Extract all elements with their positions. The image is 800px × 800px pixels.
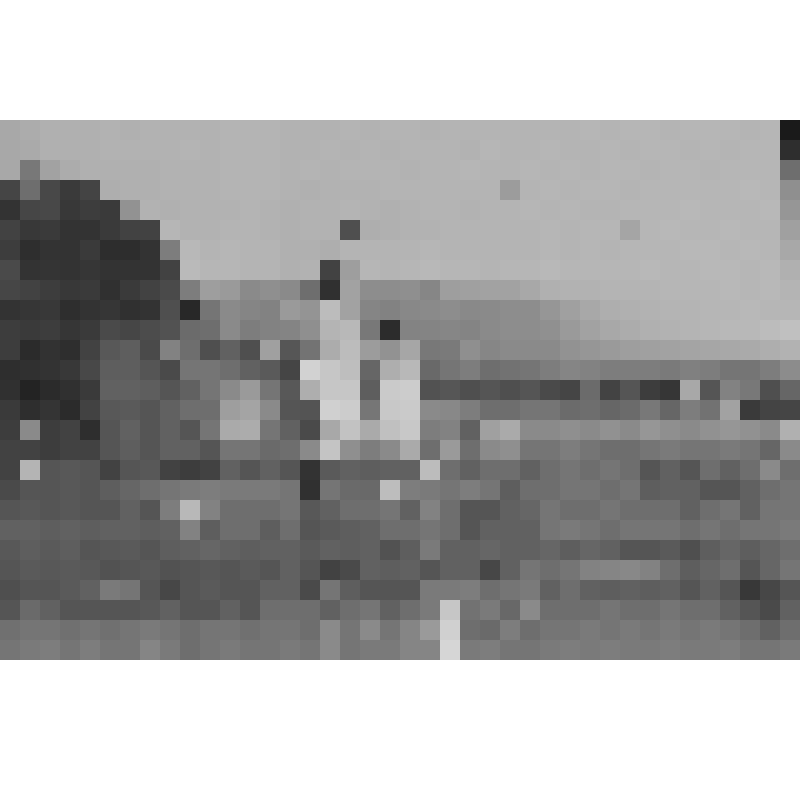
pixel-cell <box>780 300 800 320</box>
pixel-cell <box>440 260 460 280</box>
pixel-cell <box>200 240 220 260</box>
pixel-cell <box>300 280 320 300</box>
pixel-cell <box>620 420 640 440</box>
pixel-cell <box>460 180 480 200</box>
pixel-cell <box>540 360 560 380</box>
pixel-cell <box>540 520 560 540</box>
pixel-cell <box>620 400 640 420</box>
pixel-cell <box>100 220 120 240</box>
pixel-cell <box>480 280 500 300</box>
pixel-cell <box>620 620 640 640</box>
pixel-cell <box>500 360 520 380</box>
pixel-cell <box>520 220 540 240</box>
pixel-cell <box>120 580 140 600</box>
pixel-cell <box>320 360 340 380</box>
pixel-cell <box>560 140 580 160</box>
pixel-cell <box>720 240 740 260</box>
pixel-cell <box>380 540 400 560</box>
pixel-cell <box>240 600 260 620</box>
pixel-cell <box>440 500 460 520</box>
pixel-cell <box>720 420 740 440</box>
pixel-cell <box>520 340 540 360</box>
pixel-cell <box>660 140 680 160</box>
pixel-cell <box>120 280 140 300</box>
pixel-cell <box>240 640 260 660</box>
pixel-cell <box>120 120 140 140</box>
pixel-cell <box>500 180 520 200</box>
pixel-cell <box>100 500 120 520</box>
pixel-cell <box>240 540 260 560</box>
pixel-cell <box>500 340 520 360</box>
pixel-cell <box>20 260 40 280</box>
pixel-cell <box>80 520 100 540</box>
pixel-cell <box>580 540 600 560</box>
pixel-cell <box>480 240 500 260</box>
pixel-cell <box>720 640 740 660</box>
pixel-cell <box>540 180 560 200</box>
pixel-cell <box>540 420 560 440</box>
pixel-cell <box>260 220 280 240</box>
pixel-cell <box>380 240 400 260</box>
pixel-cell <box>320 620 340 640</box>
pixel-cell <box>380 460 400 480</box>
pixel-cell <box>600 480 620 500</box>
pixel-cell <box>540 500 560 520</box>
pixel-cell <box>520 160 540 180</box>
pixel-cell <box>100 280 120 300</box>
pixel-cell <box>420 560 440 580</box>
pixel-cell <box>60 360 80 380</box>
pixel-cell <box>160 400 180 420</box>
pixel-cell <box>560 260 580 280</box>
pixel-cell <box>320 540 340 560</box>
pixel-cell <box>600 160 620 180</box>
pixel-cell <box>260 420 280 440</box>
pixel-cell <box>320 400 340 420</box>
pixel-cell <box>180 440 200 460</box>
pixel-cell <box>440 340 460 360</box>
pixel-cell <box>60 160 80 180</box>
pixel-cell <box>700 520 720 540</box>
pixel-cell <box>680 440 700 460</box>
pixel-cell <box>740 340 760 360</box>
pixel-cell <box>780 480 800 500</box>
pixel-cell <box>360 620 380 640</box>
pixel-cell <box>200 620 220 640</box>
pixel-cell <box>520 540 540 560</box>
pixel-cell <box>40 200 60 220</box>
pixel-cell <box>0 560 20 580</box>
pixel-cell <box>700 220 720 240</box>
pixel-cell <box>580 160 600 180</box>
pixel-cell <box>60 540 80 560</box>
pixel-cell <box>400 180 420 200</box>
pixel-cell <box>320 320 340 340</box>
pixel-cell <box>640 380 660 400</box>
pixel-cell <box>700 240 720 260</box>
pixel-cell <box>100 380 120 400</box>
pixel-cell <box>400 460 420 480</box>
pixel-cell <box>740 420 760 440</box>
pixel-cell <box>700 620 720 640</box>
pixel-cell <box>340 440 360 460</box>
pixel-cell <box>560 320 580 340</box>
pixel-cell <box>480 580 500 600</box>
pixel-cell <box>480 320 500 340</box>
pixel-cell <box>20 520 40 540</box>
pixel-cell <box>560 360 580 380</box>
pixel-cell <box>540 540 560 560</box>
pixel-cell <box>680 500 700 520</box>
pixel-cell <box>40 480 60 500</box>
pixel-cell <box>760 380 780 400</box>
pixel-cell <box>120 460 140 480</box>
pixel-cell <box>200 320 220 340</box>
pixel-cell <box>280 360 300 380</box>
pixel-cell <box>340 500 360 520</box>
pixel-cell <box>360 520 380 540</box>
pixel-cell <box>340 260 360 280</box>
pixel-cell <box>0 620 20 640</box>
pixel-cell <box>40 260 60 280</box>
pixel-cell <box>220 160 240 180</box>
pixel-cell <box>60 320 80 340</box>
pixel-cell <box>560 280 580 300</box>
pixel-cell <box>280 380 300 400</box>
pixel-cell <box>0 380 20 400</box>
pixel-cell <box>80 480 100 500</box>
pixel-cell <box>40 600 60 620</box>
pixel-cell <box>520 120 540 140</box>
pixel-cell <box>300 400 320 420</box>
pixel-cell <box>240 480 260 500</box>
pixel-cell <box>540 140 560 160</box>
pixel-cell <box>160 320 180 340</box>
pixel-cell <box>180 380 200 400</box>
pixel-cell <box>480 220 500 240</box>
pixel-cell <box>0 440 20 460</box>
pixel-cell <box>680 140 700 160</box>
pixel-cell <box>160 280 180 300</box>
pixel-cell <box>660 600 680 620</box>
pixel-cell <box>740 260 760 280</box>
pixel-cell <box>160 620 180 640</box>
pixel-cell <box>620 460 640 480</box>
pixel-cell <box>780 540 800 560</box>
pixel-cell <box>260 360 280 380</box>
pixel-cell <box>40 420 60 440</box>
pixel-cell <box>740 580 760 600</box>
pixel-cell <box>400 380 420 400</box>
pixel-cell <box>680 460 700 480</box>
pixel-cell <box>340 420 360 440</box>
pixel-cell <box>260 440 280 460</box>
pixel-cell <box>580 260 600 280</box>
pixel-cell <box>420 340 440 360</box>
pixel-cell <box>660 240 680 260</box>
pixel-cell <box>700 260 720 280</box>
pixel-cell <box>700 140 720 160</box>
pixel-cell <box>440 200 460 220</box>
pixel-cell <box>60 300 80 320</box>
pixel-cell <box>660 620 680 640</box>
pixel-cell <box>620 520 640 540</box>
pixel-cell <box>440 140 460 160</box>
pixel-cell <box>280 520 300 540</box>
pixel-cell <box>720 440 740 460</box>
pixel-cell <box>200 580 220 600</box>
pixel-cell <box>20 200 40 220</box>
pixel-cell <box>360 220 380 240</box>
pixel-cell <box>780 240 800 260</box>
pixel-cell <box>760 480 780 500</box>
pixel-cell <box>220 380 240 400</box>
pixel-cell <box>300 520 320 540</box>
pixel-cell <box>760 360 780 380</box>
pixel-cell <box>20 340 40 360</box>
pixel-cell <box>280 400 300 420</box>
pixel-cell <box>140 420 160 440</box>
pixel-cell <box>580 420 600 440</box>
pixel-cell <box>40 280 60 300</box>
pixel-cell <box>680 260 700 280</box>
pixel-cell <box>20 360 40 380</box>
pixel-cell <box>440 560 460 580</box>
pixel-cell <box>540 560 560 580</box>
pixel-cell <box>220 260 240 280</box>
pixel-cell <box>600 240 620 260</box>
pixel-cell <box>260 480 280 500</box>
pixel-cell <box>360 540 380 560</box>
pixel-cell <box>40 340 60 360</box>
pixel-cell <box>420 300 440 320</box>
pixel-cell <box>700 400 720 420</box>
pixel-cell <box>500 420 520 440</box>
pixel-cell <box>280 260 300 280</box>
pixel-cell <box>440 120 460 140</box>
pixel-cell <box>100 600 120 620</box>
pixel-cell <box>320 300 340 320</box>
pixel-cell <box>580 380 600 400</box>
pixel-cell <box>120 180 140 200</box>
pixel-cell <box>280 180 300 200</box>
pixel-cell <box>120 620 140 640</box>
pixel-cell <box>460 280 480 300</box>
pixel-cell <box>400 520 420 540</box>
pixel-cell <box>600 560 620 580</box>
pixel-cell <box>720 280 740 300</box>
pixel-cell <box>780 200 800 220</box>
pixel-cell <box>320 140 340 160</box>
pixel-cell <box>400 320 420 340</box>
pixel-cell <box>780 340 800 360</box>
pixel-cell <box>440 620 460 640</box>
pixel-cell <box>760 420 780 440</box>
pixel-cell <box>460 520 480 540</box>
pixel-cell <box>660 340 680 360</box>
pixel-cell <box>640 500 660 520</box>
pixel-cell <box>740 280 760 300</box>
pixel-cell <box>680 300 700 320</box>
pixel-cell <box>100 580 120 600</box>
pixel-cell <box>0 320 20 340</box>
pixel-cell <box>40 300 60 320</box>
pixel-cell <box>320 480 340 500</box>
pixel-cell <box>20 480 40 500</box>
pixel-cell <box>500 460 520 480</box>
pixel-cell <box>380 300 400 320</box>
pixel-cell <box>540 600 560 620</box>
pixel-cell <box>220 480 240 500</box>
pixel-cell <box>500 380 520 400</box>
pixel-cell <box>340 220 360 240</box>
pixel-cell <box>540 120 560 140</box>
pixel-cell <box>340 160 360 180</box>
pixel-cell <box>700 600 720 620</box>
pixel-cell <box>40 620 60 640</box>
pixel-cell <box>700 340 720 360</box>
pixel-cell <box>740 120 760 140</box>
pixel-cell <box>340 380 360 400</box>
pixel-cell <box>240 520 260 540</box>
pixel-cell <box>500 320 520 340</box>
pixel-cell <box>380 580 400 600</box>
pixel-cell <box>440 400 460 420</box>
pixel-cell <box>260 260 280 280</box>
pixel-cell <box>780 360 800 380</box>
pixel-cell <box>280 620 300 640</box>
pixel-cell <box>440 220 460 240</box>
pixel-cell <box>180 140 200 160</box>
pixel-cell <box>560 480 580 500</box>
pixel-cell <box>460 380 480 400</box>
pixel-cell <box>140 640 160 660</box>
pixel-cell <box>360 420 380 440</box>
pixel-cell <box>680 180 700 200</box>
pixel-cell <box>580 460 600 480</box>
pixel-cell <box>180 320 200 340</box>
pixel-cell <box>440 600 460 620</box>
pixel-cell <box>360 480 380 500</box>
pixel-cell <box>60 200 80 220</box>
pixel-cell <box>760 240 780 260</box>
pixel-cell <box>780 220 800 240</box>
pixel-cell <box>120 440 140 460</box>
pixel-cell <box>520 260 540 280</box>
pixel-cell <box>560 520 580 540</box>
pixel-cell <box>160 480 180 500</box>
pixel-cell <box>220 300 240 320</box>
pixel-cell <box>180 520 200 540</box>
pixel-cell <box>460 140 480 160</box>
pixel-cell <box>280 280 300 300</box>
pixel-cell <box>20 640 40 660</box>
pixel-cell <box>240 460 260 480</box>
pixel-cell <box>440 420 460 440</box>
pixel-cell <box>60 400 80 420</box>
pixel-cell <box>460 340 480 360</box>
pixel-cell <box>360 320 380 340</box>
pixel-cell <box>20 400 40 420</box>
pixel-cell <box>380 560 400 580</box>
pixel-cell <box>100 180 120 200</box>
pixel-cell <box>320 120 340 140</box>
pixel-cell <box>740 480 760 500</box>
pixel-cell <box>300 560 320 580</box>
pixel-cell <box>560 160 580 180</box>
pixel-cell <box>680 280 700 300</box>
pixel-cell <box>140 620 160 640</box>
pixel-cell <box>120 500 140 520</box>
pixel-cell <box>700 560 720 580</box>
pixel-cell <box>480 160 500 180</box>
pixel-cell <box>120 520 140 540</box>
pixel-cell <box>180 580 200 600</box>
pixel-cell <box>500 440 520 460</box>
pixel-cell <box>300 260 320 280</box>
pixel-cell <box>300 160 320 180</box>
pixel-cell <box>0 520 20 540</box>
pixel-cell <box>460 500 480 520</box>
pixel-cell <box>440 480 460 500</box>
pixel-cell <box>80 160 100 180</box>
pixel-cell <box>680 380 700 400</box>
pixel-cell <box>460 580 480 600</box>
pixel-cell <box>180 160 200 180</box>
pixel-cell <box>40 540 60 560</box>
pixel-cell <box>660 640 680 660</box>
pixel-cell <box>380 600 400 620</box>
pixel-cell <box>80 620 100 640</box>
pixel-cell <box>620 280 640 300</box>
pixel-cell <box>700 160 720 180</box>
pixel-cell <box>40 240 60 260</box>
pixel-cell <box>640 480 660 500</box>
pixel-cell <box>560 200 580 220</box>
pixel-cell <box>140 120 160 140</box>
pixel-cell <box>640 220 660 240</box>
pixel-cell <box>400 500 420 520</box>
pixel-cell <box>680 420 700 440</box>
pixel-cell <box>780 620 800 640</box>
pixel-cell <box>500 620 520 640</box>
pixel-cell <box>560 300 580 320</box>
pixel-cell <box>420 200 440 220</box>
pixel-cell <box>580 280 600 300</box>
pixel-cell <box>520 440 540 460</box>
pixel-cell <box>260 180 280 200</box>
pixel-cell <box>560 180 580 200</box>
pixel-cell <box>160 260 180 280</box>
pixel-cell <box>560 220 580 240</box>
pixel-cell <box>600 340 620 360</box>
pixel-cell <box>120 300 140 320</box>
pixel-cell <box>180 500 200 520</box>
pixel-cell <box>440 580 460 600</box>
pixel-cell <box>300 380 320 400</box>
pixel-cell <box>560 540 580 560</box>
pixel-cell <box>460 420 480 440</box>
pixel-cell <box>280 460 300 480</box>
pixel-cell <box>460 220 480 240</box>
pixel-cell <box>340 340 360 360</box>
pixel-cell <box>620 580 640 600</box>
pixel-cell <box>660 120 680 140</box>
pixel-cell <box>320 240 340 260</box>
pixel-cell <box>500 240 520 260</box>
pixel-cell <box>80 360 100 380</box>
pixel-cell <box>160 160 180 180</box>
